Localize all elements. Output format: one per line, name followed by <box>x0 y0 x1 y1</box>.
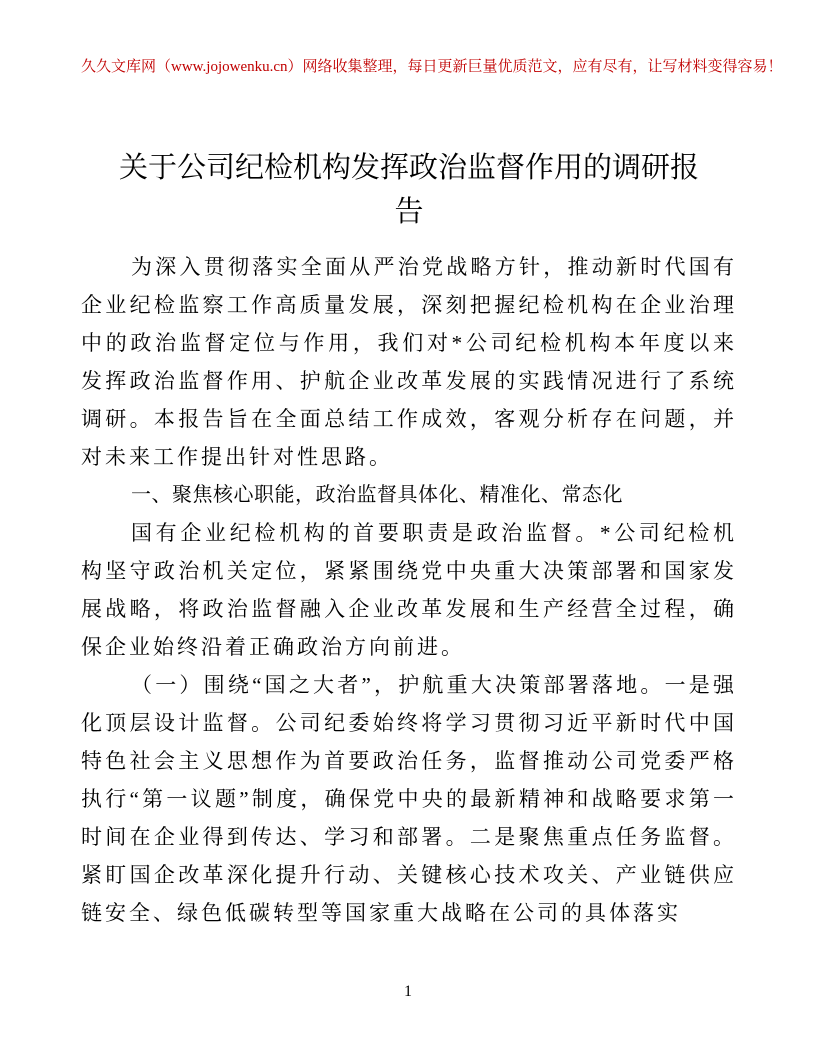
document-page: 久久文库网（www.jojowenku.cn）网络收集整理，每日更新巨量优质范文… <box>0 0 816 1056</box>
page-number: 1 <box>0 982 816 1002</box>
document-body: 为深入贯彻落实全面从严治党战略方针，推动新时代国有企业纪检监察工作高质量发展，深… <box>81 248 737 932</box>
watermark-header-text: 久久文库网（www.jojowenku.cn）网络收集整理，每日更新巨量优质范文… <box>81 57 737 78</box>
section-heading: 一、聚焦核心职能，政治监督具体化、精准化、常态化 <box>81 476 737 514</box>
paragraph: 为深入贯彻落实全面从严治党战略方针，推动新时代国有企业纪检监察工作高质量发展，深… <box>81 248 737 476</box>
paragraph: （一）围绕“国之大者”，护航重大决策部署落地。一是强化顶层设计监督。公司纪委始终… <box>81 666 737 932</box>
document-title: 关于公司纪检机构发挥政治监督作用的调研报告 <box>105 146 713 234</box>
paragraph: 国有企业纪检机构的首要职责是政治监督。*公司纪检机构坚守政治机关定位，紧紧围绕党… <box>81 514 737 666</box>
